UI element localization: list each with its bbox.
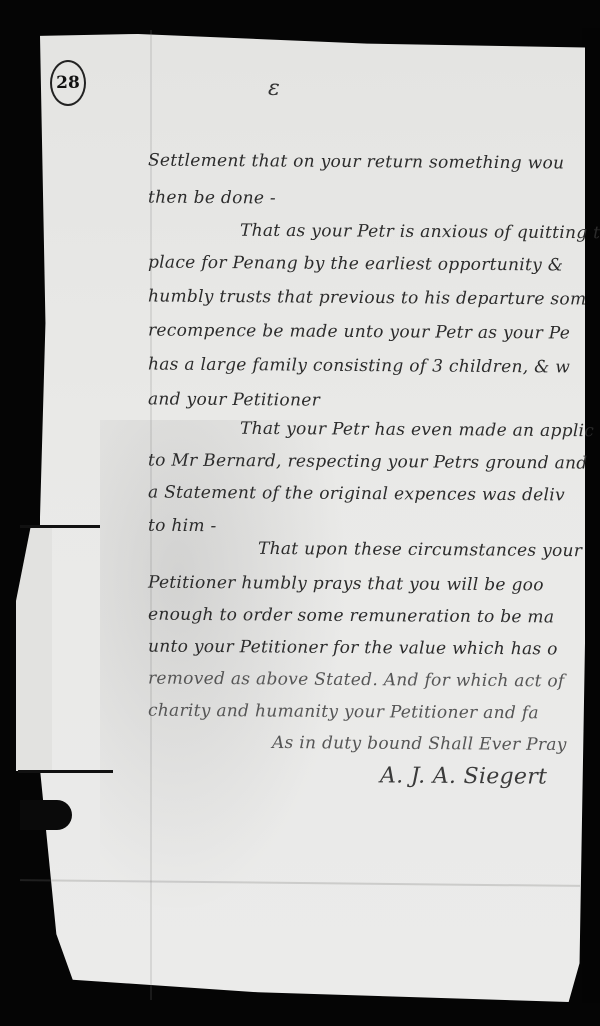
text-line: place for Penang by the earliest opportu…	[148, 253, 563, 276]
text-line: unto your Petitioner for the value which…	[148, 637, 558, 660]
text-line: charity and humanity your Petitioner and…	[148, 701, 539, 724]
page-mark: ε	[268, 76, 280, 101]
text-line: has a large family consisting of 3 child…	[148, 355, 570, 378]
text-line: That upon these circumstances your	[258, 539, 582, 561]
text-line: to him -	[148, 516, 217, 536]
text-line: That as your Petr is anxious of quitting…	[240, 221, 600, 244]
text-line: recompence be made unto your Petr as you…	[148, 321, 570, 344]
closing-line: As in duty bound Shall Ever Pray	[272, 733, 567, 755]
text-line: humbly trusts that previous to his depar…	[148, 286, 587, 309]
torn-paper-flap	[16, 528, 52, 771]
text-line: then be done -	[148, 188, 276, 209]
text-line: to Mr Bernard, respecting your Petrs gro…	[148, 450, 588, 473]
text-line: and your Petitioner	[148, 389, 320, 410]
text-line: Petitioner humbly prays that you will be…	[148, 573, 544, 596]
manuscript-page	[40, 32, 585, 1002]
text-line: That your Petr has even made an applic	[240, 419, 594, 441]
text-line: removed as above Stated. And for which a…	[148, 669, 565, 692]
tear-edge-bottom	[18, 770, 113, 773]
text-line: a Statement of the original expences was…	[148, 483, 565, 506]
folio-number-stamp: 28	[50, 60, 86, 106]
tear-edge-top	[20, 525, 100, 528]
text-line: enough to order some remuneration to be …	[148, 605, 554, 628]
binding-clip-shadow	[20, 800, 72, 830]
folio-number: 28	[56, 73, 80, 93]
signature: A. J. A. Siegert	[380, 763, 547, 789]
text-line: Settlement that on your return something…	[148, 151, 564, 174]
